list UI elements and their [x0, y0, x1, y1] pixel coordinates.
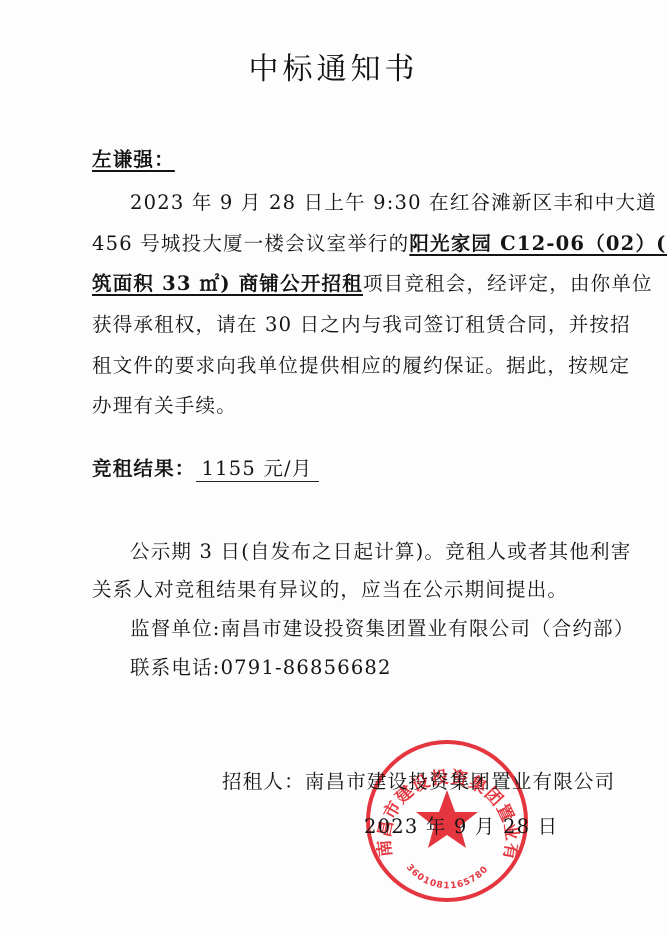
- body-line-3: 筑面积 33 ㎡) 商铺公开招租项目竞租会，经评定，由你单位: [92, 272, 653, 296]
- body-line-2: 456 号城投大厦一楼会议室举行的阳光家园 C12-06（02）(建: [92, 232, 667, 256]
- signer: 招租人：南昌市建设投资集团置业有限公司: [222, 770, 615, 794]
- project-name-part2: 筑面积 33 ㎡) 商铺公开招租: [92, 272, 363, 295]
- supervisor-unit: 监督单位:南昌市建设投资集团置业有限公司（合约部）: [130, 617, 635, 641]
- document-title: 中标通知书: [0, 44, 667, 88]
- notice-line-2: 关系人对竞租结果有异议的，应当在公示期间提出。: [92, 578, 568, 602]
- notice-line-1: 公示期 3 日(自发布之日起计算)。竞租人或者其他利害: [130, 540, 631, 564]
- body-line-1: 2023 年 9 月 28 日上午 9:30 在红谷滩新区丰和中大道: [130, 191, 657, 215]
- body-line-6: 办理有关手续。: [92, 394, 237, 418]
- body-line-5: 租文件的要求向我单位提供相应的履约保证。据此，按规定: [92, 354, 630, 378]
- contact-phone: 联系电话:0791-86856682: [130, 656, 392, 680]
- salutation: 左谦强：: [92, 148, 175, 172]
- bid-result: 竞租结果：1155 元/月: [92, 457, 319, 482]
- bid-result-value: 1155 元/月: [196, 457, 319, 482]
- body-line-3-text: 项目竞租会，经评定，由你单位: [363, 272, 653, 295]
- body-line-4: 获得承租权，请在 30 日之内与我司签订租赁合同，并按招: [92, 313, 631, 337]
- document-page: 中标通知书 左谦强： 2023 年 9 月 28 日上午 9:30 在红谷滩新区…: [0, 0, 667, 935]
- svg-text:3601081165780: 3601081165780: [404, 863, 491, 892]
- signing-date: 2023 年 9 月 28 日: [364, 815, 558, 839]
- bid-result-label: 竞租结果：: [92, 457, 196, 480]
- svg-text:南昌市建设投资集团置业有限公司: 南昌市建设投资集团置业有限公司: [364, 738, 522, 863]
- body-line-2-text: 456 号城投大厦一楼会议室举行的: [92, 232, 409, 255]
- project-name-part1: 阳光家园 C12-06（02）(建: [409, 232, 667, 255]
